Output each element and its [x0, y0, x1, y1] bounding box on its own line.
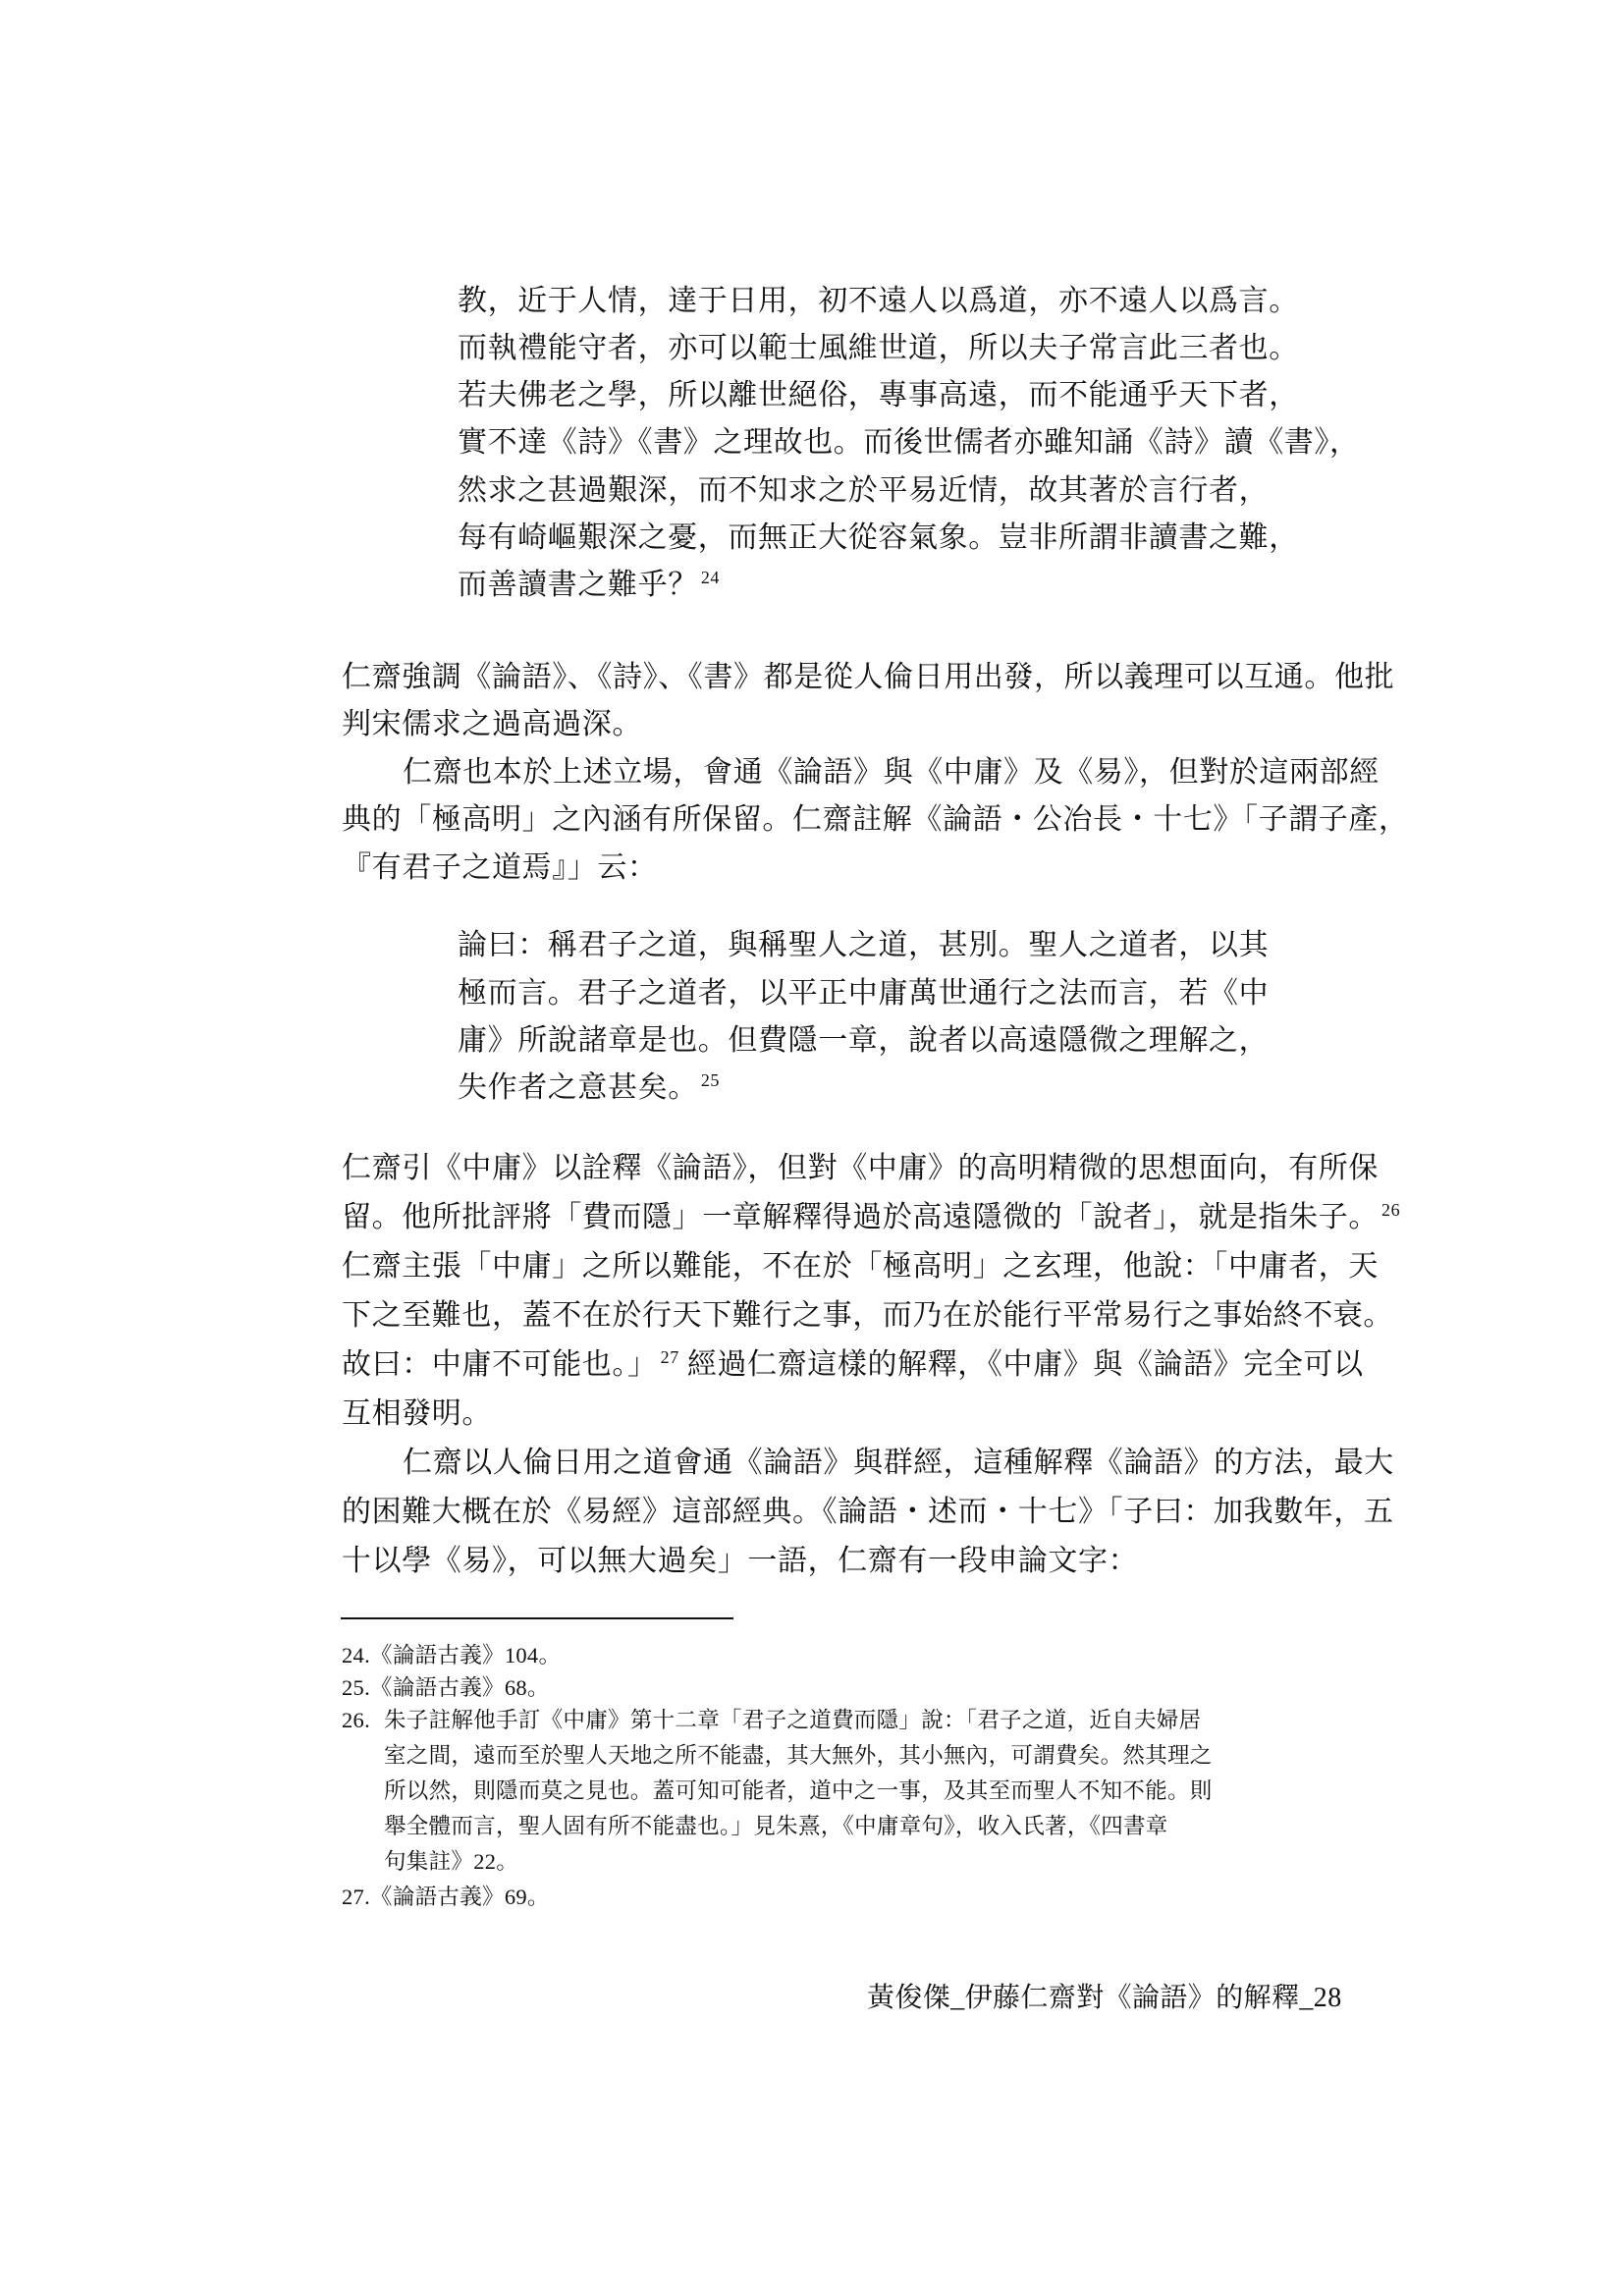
quote-line: 庸》所說諸章是也。但費隱一章，說者以高遠隱微之理解之，	[458, 1021, 1269, 1061]
quote-line: 極而言。君子之道者，以平正中庸萬世通行之法而言，若《中	[458, 974, 1269, 1013]
body-line: 下之至難也，蓋不在於行天下難行之事，而乃在於能行平常易行之事始終不衰。	[342, 1296, 1393, 1336]
footnote-text: 朱子註解他手訂《中庸》第十二章「君子之道費而隱」說：「君子之道，近自夫婦居	[384, 1708, 1201, 1732]
footnote-24: 24.《論語古義》104。	[342, 1641, 561, 1670]
footnote-26-cont: 所以然，則隱而莫之見也。蓋可知可能者，道中之一事，及其至而聖人不知不能。則	[384, 1777, 1213, 1806]
body-line: 仁齋以人倫日用之道會通《論語》與群經，這種解釋《論語》的方法，最大	[403, 1444, 1394, 1483]
quote-text: 失作者之意甚矣。	[458, 1071, 698, 1104]
footnote-ref-25[interactable]: 25	[701, 1070, 720, 1090]
body-text: 留。他所批評將「費而隱」一章解釋得過於高遠隱微的「說者」，就是指朱子。	[342, 1201, 1379, 1233]
footnote-ref-26[interactable]: 26	[1381, 1200, 1400, 1220]
body-line: 仁齋強調《論語》、《詩》、《書》都是從人倫日用出發，所以義理可以互通。他批	[342, 658, 1394, 697]
footnote-26: 26.朱子註解他手訂《中庸》第十二章「君子之道費而隱」說：「君子之道，近自夫婦居	[342, 1706, 1201, 1735]
body-line: 互相發明。	[342, 1394, 492, 1434]
running-footer: 黃俊傑_伊藤仁齋對《論語》的解釋_28	[867, 1981, 1342, 2016]
footnote-ref-24[interactable]: 24	[701, 568, 720, 587]
footnote-number: 26.	[342, 1706, 384, 1735]
quote-line: 然求之甚過艱深，而不知求之於平易近情，故其著於言行者，	[458, 471, 1269, 511]
quote-line: 實不達《詩》《書》之理故也。而後世儒者亦雖知誦《詩》讀《書》，	[458, 423, 1360, 463]
body-line: 『有君子之道焉』」云：	[342, 848, 658, 888]
body-line: 判宋儒求之過高過深。	[342, 705, 642, 744]
body-line: 仁齋引《中庸》以詮釋《論語》，但對《中庸》的高明精微的思想面向，有所保	[342, 1149, 1379, 1188]
footnote-text: 《論語古義》69。	[370, 1885, 550, 1909]
footnote-27: 27.《論語古義》69。	[342, 1883, 550, 1912]
quote-line: 若夫佛老之學，所以離世絕俗，專事高遠，而不能通乎天下者，	[458, 376, 1299, 415]
quote-line: 每有崎嶇艱深之憂，而無正大從容氣象。豈非所謂非讀書之難，	[458, 519, 1299, 558]
body-line: 的困難大概在於《易經》這部經典。《論語・述而・十七》「子曰：加我數年，五	[342, 1493, 1394, 1532]
footnote-26-cont: 句集註》22。	[384, 1847, 518, 1877]
footnote-number: 27.	[342, 1883, 370, 1912]
body-line: 故曰：中庸不可能也。」27 經過仁齋這樣的解釋，《中庸》與《論語》完全可以	[342, 1345, 1364, 1385]
quote-line: 論曰：稱君子之道，與稱聖人之道，甚別。聖人之道者，以其	[458, 926, 1269, 965]
body-text: 經過仁齋這樣的解釋，《中庸》與《論語》完全可以	[679, 1348, 1364, 1381]
quote-line: 而執禮能守者，亦可以範士風維世道，所以夫子常言此三者也。	[458, 329, 1299, 368]
document-page: 教，近于人情，達于日用，初不遠人以爲道，亦不遠人以爲言。 而執禮能守者，亦可以範…	[0, 0, 1623, 2296]
footnote-separator	[341, 1617, 733, 1619]
quote-line: 教，近于人情，達于日用，初不遠人以爲道，亦不遠人以爲言。	[458, 282, 1299, 321]
footnote-text: 《論語古義》68。	[370, 1675, 550, 1700]
footnote-number: 24.	[342, 1641, 370, 1670]
body-line: 仁齋主張「中庸」之所以難能，不在於「極高明」之玄理，他說：「中庸者，天	[342, 1247, 1379, 1286]
quote-text: 而善讀書之難乎？	[458, 569, 698, 601]
footnote-text: 《論語古義》104。	[370, 1643, 561, 1667]
body-line: 十以學《易》，可以無大過矣」一語，仁齋有一段申論文字：	[342, 1542, 1138, 1581]
body-line: 留。他所批評將「費而隱」一章解釋得過於高遠隱微的「說者」，就是指朱子。26	[342, 1198, 1400, 1237]
footnote-26-cont: 舉全體而言，聖人固有所不能盡也。」見朱熹，《中庸章句》，收入氏著，《四書章	[384, 1812, 1168, 1841]
body-line: 仁齋也本於上述立場，會通《論語》與《中庸》及《易》，但對於這兩部經	[403, 753, 1380, 793]
body-line: 典的「極高明」之內涵有所保留。仁齋註解《論語・公冶長・十七》「子謂子產，	[342, 800, 1409, 840]
footnote-25: 25.《論語古義》68。	[342, 1673, 550, 1703]
body-text: 故曰：中庸不可能也。」	[342, 1348, 658, 1381]
footnote-ref-27[interactable]: 27	[661, 1347, 679, 1367]
footnote-number: 25.	[342, 1673, 370, 1703]
footnote-26-cont: 室之間，遠而至於聖人天地之所不能盡，其大無外，其小無內，可謂費矣。然其理之	[384, 1741, 1213, 1771]
quote-line: 失作者之意甚矣。25	[458, 1068, 720, 1108]
quote-line: 而善讀書之難乎？24	[458, 566, 720, 605]
